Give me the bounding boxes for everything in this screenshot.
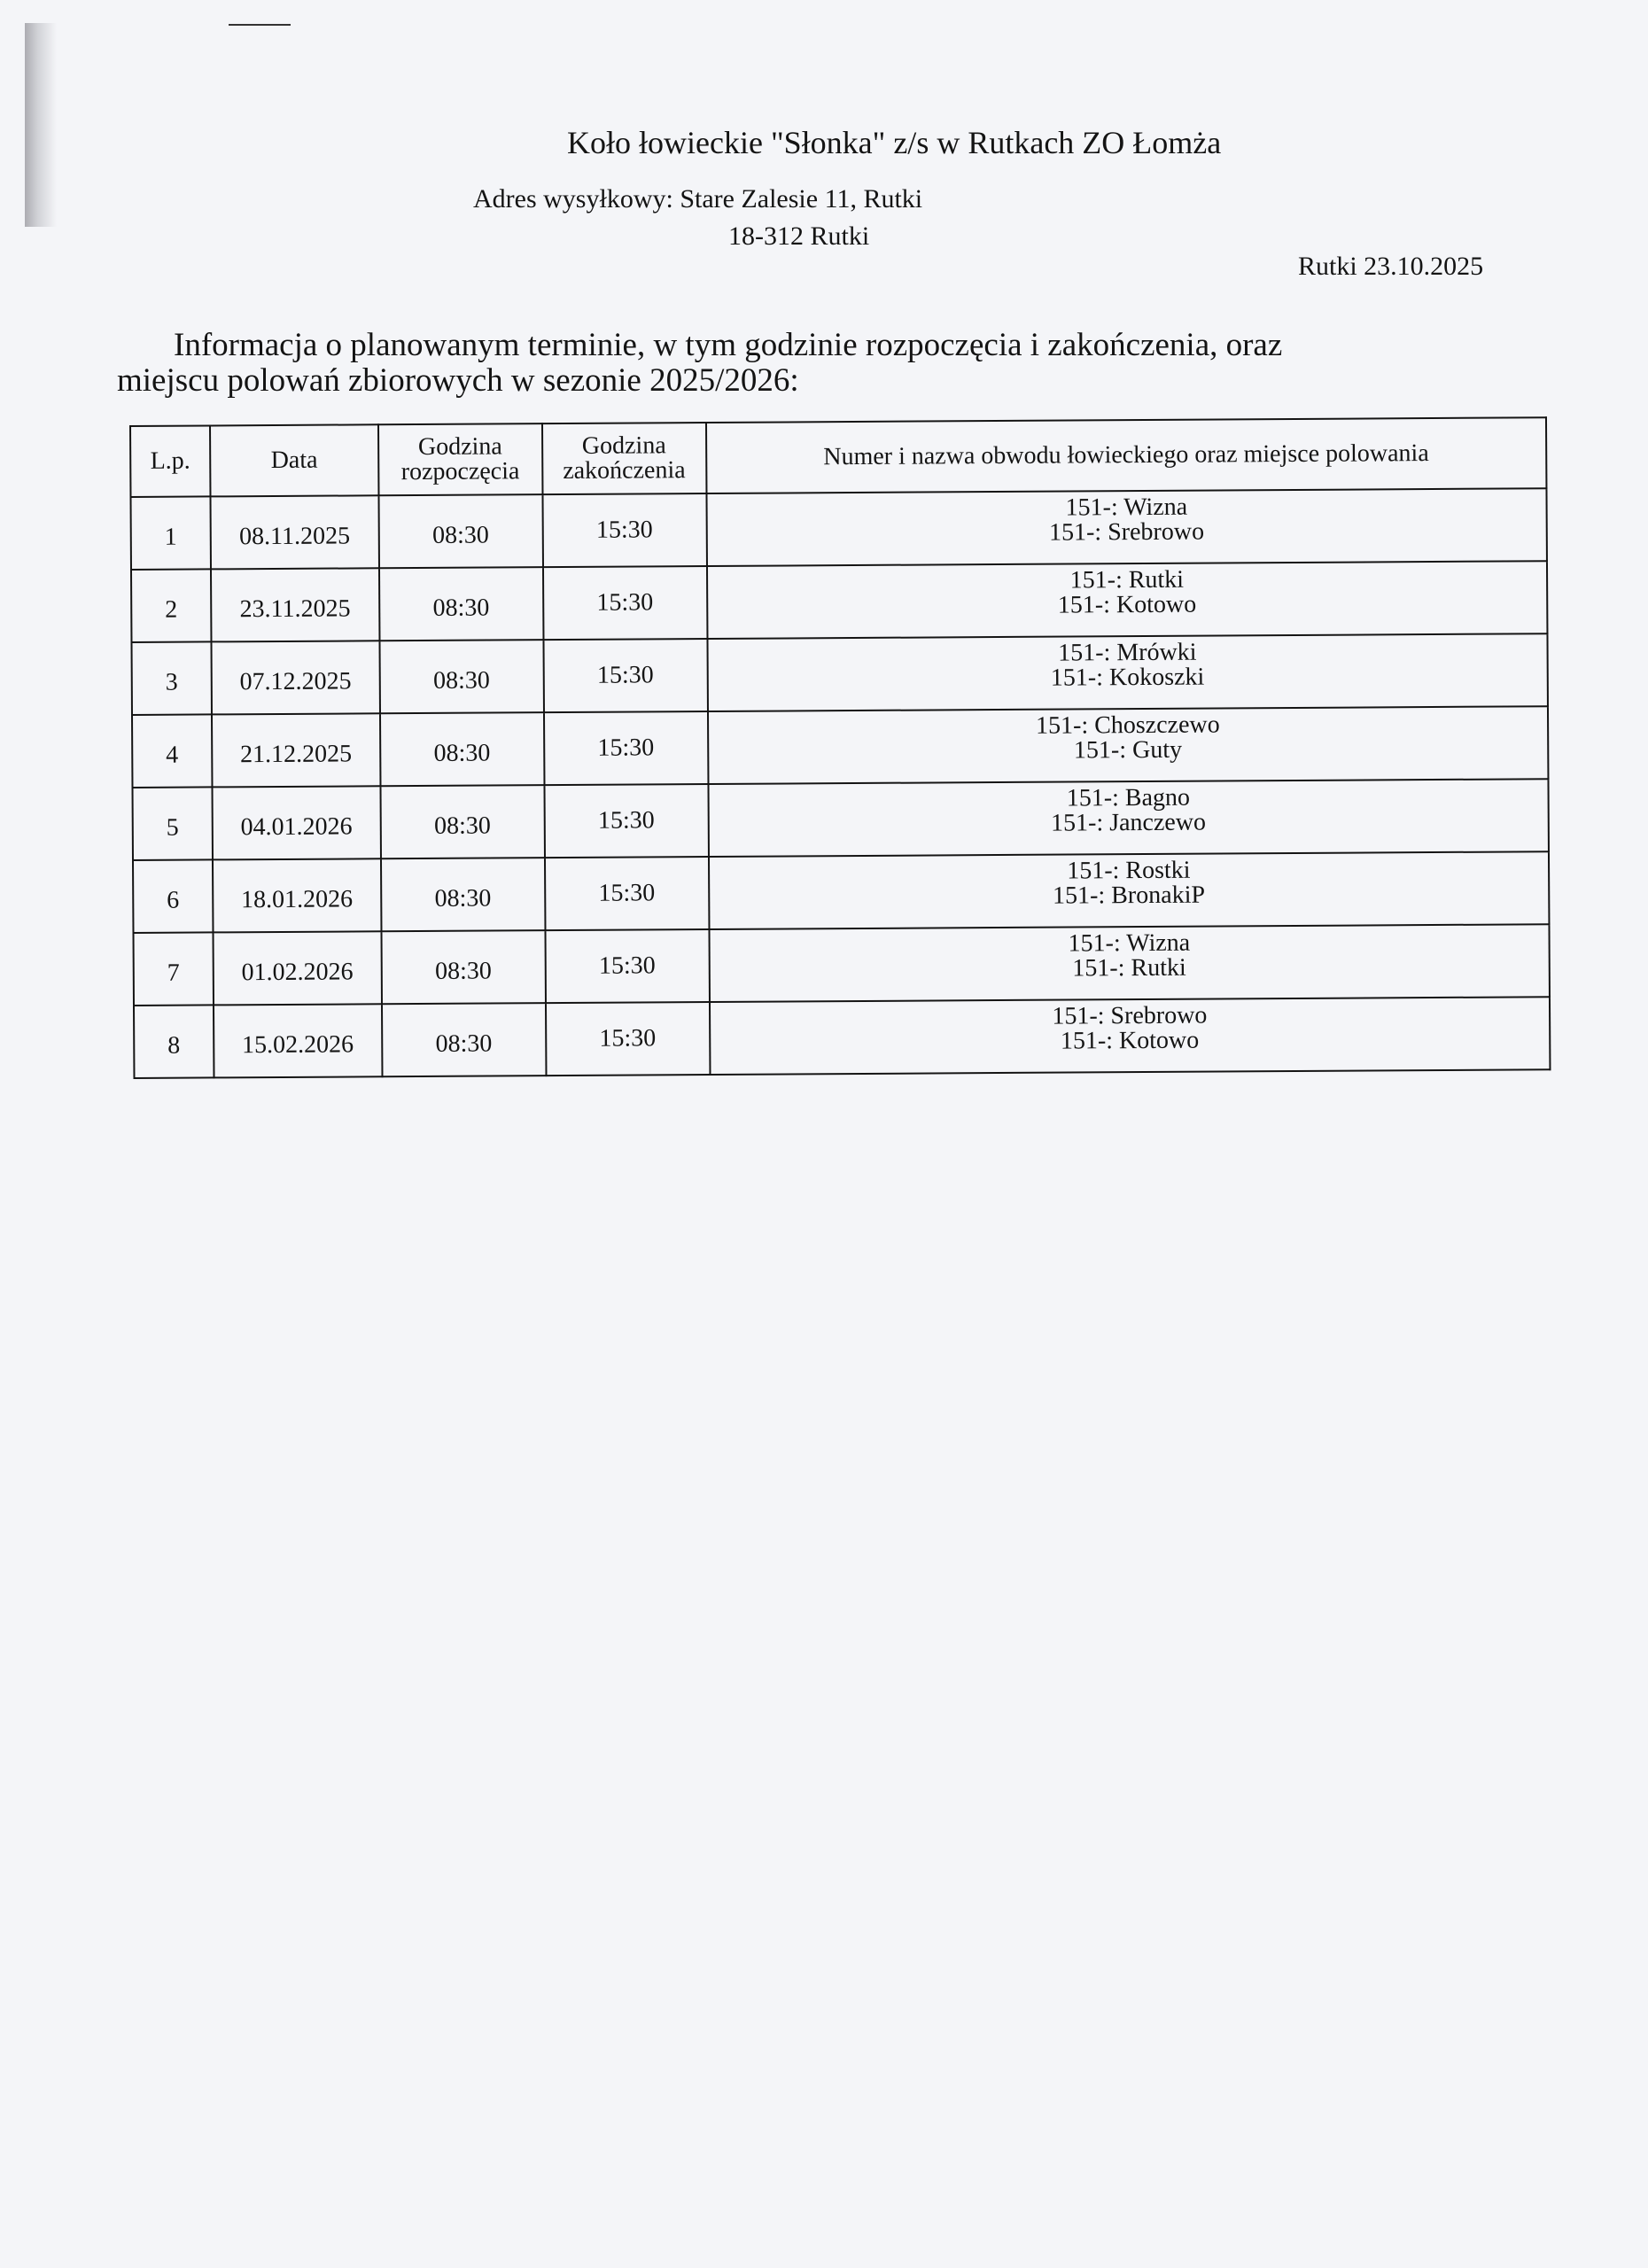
row-location: 151-: Wizna151-: Rutki [709, 924, 1550, 1002]
hunting-district: 151-: Guty [709, 735, 1548, 765]
intro-line-1: Informacja o planowanym terminie, w tym … [117, 328, 1499, 363]
table-row: 421.12.202508:3015:30151-: Choszczewo151… [132, 706, 1548, 788]
scan-mark [229, 24, 291, 26]
row-start-time: 08:30 [379, 640, 543, 713]
row-end-time: 15:30 [545, 929, 709, 1003]
header-lp: L.p. [130, 425, 210, 497]
hunting-district: 151-: Kokoszki [708, 663, 1547, 693]
row-start-time: 08:30 [378, 494, 542, 568]
scan-shadow [25, 23, 57, 227]
table-row: 504.01.202608:3015:30151-: Bagno151-: Ja… [132, 779, 1548, 860]
row-end-time: 15:30 [544, 784, 708, 858]
table-row: 701.02.202608:3015:30151-: Wizna151-: Ru… [134, 924, 1550, 1006]
row-lp: 5 [132, 787, 212, 860]
postal-code: 18-312 Rutki [728, 221, 869, 252]
header-end-time: Godzina zakończenia [542, 423, 706, 494]
row-date: 08.11.2025 [210, 495, 378, 569]
table-row: 815.02.202608:3015:30151-: Srebrowo151-:… [134, 997, 1550, 1078]
row-lp: 8 [134, 1005, 214, 1078]
row-date: 15.02.2026 [214, 1004, 382, 1077]
row-end-time: 15:30 [543, 566, 707, 640]
row-date: 07.12.2025 [211, 641, 379, 714]
row-start-time: 08:30 [380, 785, 544, 858]
header-start-time: Godzina rozpoczęcia [378, 423, 542, 495]
row-start-time: 08:30 [379, 567, 543, 641]
row-lp: 2 [131, 569, 211, 642]
row-location: 151-: Wizna151-: Srebrowo [706, 488, 1547, 566]
row-location: 151-: Choszczewo151-: Guty [708, 706, 1549, 784]
row-date: 21.12.2025 [212, 713, 380, 787]
row-location: 151-: Bagno151-: Janczewo [708, 779, 1549, 857]
club-name: Koło łowieckie "Słonka" z/s w Rutkach ZO… [567, 124, 1221, 161]
hunting-district: 151-: Kotowo [711, 1026, 1550, 1056]
row-end-time: 15:30 [546, 1002, 710, 1076]
intro-text: Informacja o planowanym terminie, w tym … [117, 328, 1499, 399]
row-start-time: 08:30 [381, 930, 545, 1004]
table-row: 108.11.202508:3015:30151-: Wizna151-: Sr… [130, 488, 1546, 570]
row-end-time: 15:30 [543, 639, 707, 712]
table-row: 223.11.202508:3015:30151-: Rutki151-: Ko… [131, 561, 1547, 642]
row-location: 151-: Mrówki151-: Kokoszki [707, 633, 1548, 711]
header-date: Data [210, 424, 378, 496]
table-row: 307.12.202508:3015:30151-: Mrówki151-: K… [131, 633, 1547, 715]
row-location: 151-: Srebrowo151-: Kotowo [710, 997, 1551, 1075]
intro-line-2: miejscu polowań zbiorowych w sezonie 202… [117, 363, 1499, 399]
hunting-district: 151-: Rutki [710, 953, 1549, 983]
hunting-district: 151-: Kotowo [708, 590, 1547, 620]
row-date: 23.11.2025 [211, 568, 379, 641]
header-location: Numer i nazwa obwodu łowieckiego oraz mi… [706, 417, 1547, 493]
hunting-district: 151-: Janczewo [709, 808, 1548, 838]
row-lp: 7 [134, 932, 214, 1006]
row-location: 151-: Rutki151-: Kotowo [707, 561, 1548, 639]
row-start-time: 08:30 [380, 712, 544, 786]
row-lp: 6 [133, 859, 213, 933]
row-date: 18.01.2026 [213, 858, 381, 932]
row-location: 151-: Rostki151-: BronakiP [709, 851, 1550, 929]
table-header-row: L.p. Data Godzina rozpoczęcia Godzina za… [130, 417, 1546, 497]
row-end-time: 15:30 [544, 711, 708, 785]
row-lp: 4 [132, 714, 212, 788]
mailing-address: Adres wysyłkowy: Stare Zalesie 11, Rutki [473, 184, 922, 214]
hunt-schedule-table: L.p. Data Godzina rozpoczęcia Godzina za… [129, 416, 1551, 1079]
place-and-date: Rutki 23.10.2025 [1298, 252, 1483, 282]
row-start-time: 08:30 [381, 858, 545, 931]
row-date: 04.01.2026 [212, 786, 380, 859]
row-end-time: 15:30 [542, 493, 706, 567]
row-date: 01.02.2026 [213, 931, 381, 1005]
row-start-time: 08:30 [382, 1003, 546, 1076]
table-row: 618.01.202608:3015:30151-: Rostki151-: B… [133, 851, 1549, 933]
row-lp: 3 [131, 641, 211, 715]
hunting-district: 151-: BronakiP [710, 881, 1549, 911]
hunting-district: 151-: Srebrowo [707, 517, 1546, 548]
row-end-time: 15:30 [545, 857, 709, 930]
row-lp: 1 [130, 496, 210, 570]
